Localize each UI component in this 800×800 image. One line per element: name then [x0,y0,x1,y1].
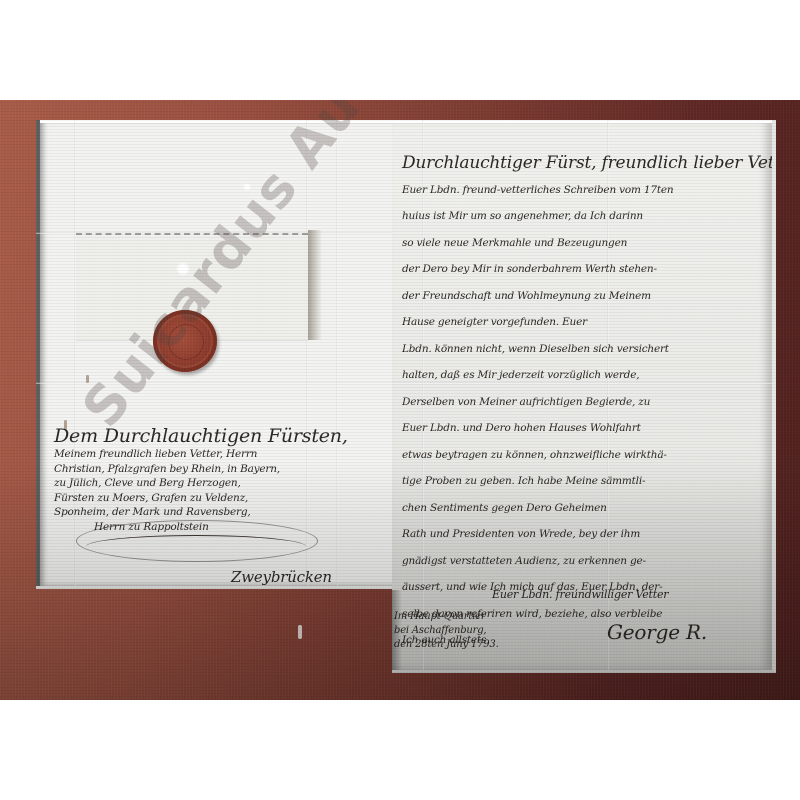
letter-closing: Euer Lbdn. freundwilliger Vetter [492,588,668,601]
letter-line: Lbdn. können nicht, wenn Dieselben sich … [402,336,776,363]
address-line: Meinem freundlich lieben Vetter, Herrn [54,447,348,462]
dateline-line: bei Aschaffenburg, [394,624,499,638]
letter-line: Derselben von Meiner aufrichtigen Begier… [402,389,776,416]
letter-line: tige Proben zu geben. Ich habe Meine säm… [402,468,776,495]
letter-line: etwas beytragen zu können, ohnzweifliche… [402,442,776,469]
envelope-address: Dem Durchlauchtigen Fürsten, Meinem freu… [54,425,348,534]
letter-signature: George R. [607,620,707,644]
letter-salutation: Durchlauchtiger Fürst, freundlich lieber… [402,150,776,177]
letter-line: Euer Lbdn. freund-vetterliches Schreiben… [402,177,776,204]
letter-line: der Dero bey Mir in sonderbahrem Werth s… [402,256,776,283]
letter-line: Euer Lbdn. und Dero hohen Hauses Wohlfah… [402,415,776,442]
address-line: Christian, Pfalzgrafen bey Rhein, in Bay… [54,462,348,477]
dateline-line: Im Haupt-Quartier [394,610,499,624]
letter-dateline: Im Haupt-Quartier bei Aschaffenburg, den… [394,610,499,652]
envelope-cover-window: Dem Durchlauchtigen Fürsten, Meinem freu… [36,120,392,589]
framed-document-photo: Dem Durchlauchtigen Fürsten, Meinem freu… [0,100,800,700]
letter-line: so viele neue Merkmahle und Bezeugungen [402,230,776,257]
flap-shadow [308,230,322,340]
letter-line: Hause geneigter vorgefunden. Euer [402,309,776,336]
letter-line: halten, daß es Mir jederzeit vorzüglich … [402,362,776,389]
dateline-line: den 28ten Juny 1793. [394,638,499,652]
address-line: zu Jülich, Cleve und Berg Herzogen, [54,476,348,491]
letter-line: chen Sentiments gegen Dero Geheimen [402,495,776,522]
calligraphic-flourish [86,535,306,558]
letter-line: Rath und Presidenten von Wrede, bey der … [402,521,776,548]
address-line: Fürsten zu Moers, Grafen zu Veldenz, [54,491,348,506]
letter-line: huius ist Mir um so angenehmer, da Ich d… [402,203,776,230]
address-place: Zweybrücken [231,568,332,587]
glass-glint [298,625,302,639]
letter-line: der Freundschaft und Wohlmeynung zu Mein… [402,283,776,310]
letter-window: Durchlauchtiger Fürst, freundlich lieber… [392,120,776,673]
letter-line: gnädigst verstatteten Audienz, zu erkenn… [402,548,776,575]
address-line: Sponheim, der Mark und Ravensberg, [54,505,348,520]
address-title: Dem Durchlauchtigen Fürsten, [54,425,348,447]
letter-body: Durchlauchtiger Fürst, freundlich lieber… [402,150,776,654]
